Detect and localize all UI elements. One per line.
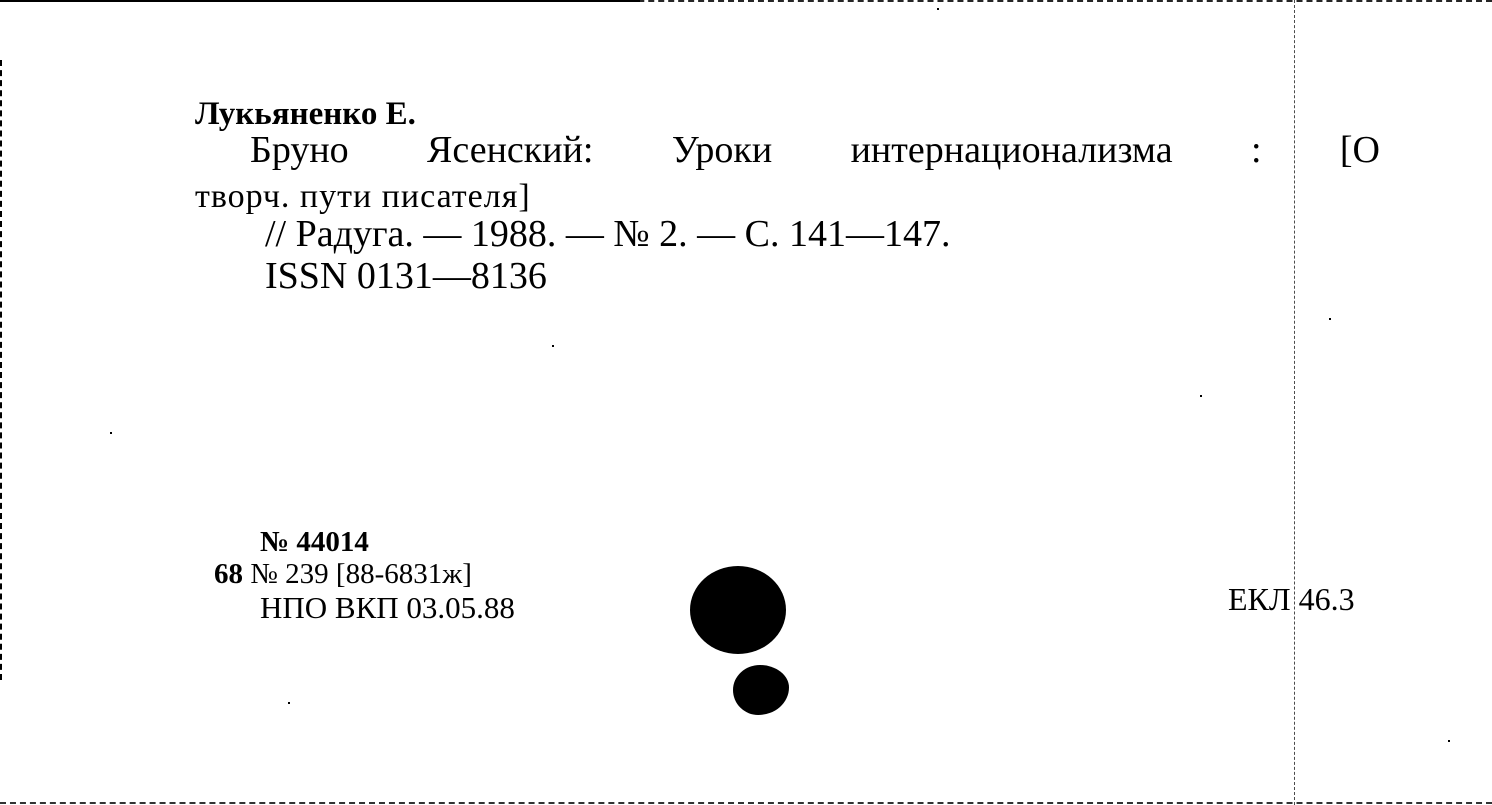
issn: ISSN 0131—8136	[265, 257, 547, 295]
accession-number: № 44014	[260, 528, 369, 557]
card-top-edge-solid	[0, 0, 640, 2]
scan-speck	[1448, 740, 1450, 742]
order-number-text: № 239 [88-6831ж]	[250, 558, 472, 590]
fold-line	[1294, 0, 1295, 805]
catalog-card: Лукьяненко Е. Бруно Ясенский: Уроки инте…	[0, 0, 1492, 805]
title-word: интернационализма	[851, 131, 1173, 169]
card-left-edge	[0, 60, 2, 680]
scan-speck	[110, 432, 112, 434]
title-word: Ясенский:	[427, 131, 593, 169]
scan-speck	[1329, 318, 1331, 320]
card-punch-hole-icon	[690, 566, 786, 654]
ink-blot-icon	[733, 665, 789, 715]
scan-speck	[288, 702, 290, 704]
order-number: 68 № 239 [88-6831ж]	[214, 560, 472, 589]
title-word: :	[1251, 131, 1262, 169]
source-citation: // Радуга. — 1988. — № 2. — С. 141—147.	[265, 215, 951, 253]
author-heading: Лукьяненко Е.	[195, 98, 416, 131]
title-word: Бруно	[250, 131, 349, 169]
title-word: [О	[1340, 131, 1380, 169]
title-word: Уроки	[672, 131, 772, 169]
scan-speck	[1200, 395, 1202, 397]
scan-speck	[937, 8, 939, 10]
order-prefix: 68	[214, 558, 243, 590]
scan-speck	[552, 345, 554, 347]
processing-info: НПО ВКП 03.05.88	[260, 592, 515, 623]
classification-code: ЕКЛ 46.3	[1228, 583, 1355, 615]
title-line: Бруно Ясенский: Уроки интернационализма …	[250, 131, 1380, 169]
card-bottom-edge	[0, 802, 1492, 804]
title-continuation: творч. пути писателя]	[195, 180, 531, 214]
